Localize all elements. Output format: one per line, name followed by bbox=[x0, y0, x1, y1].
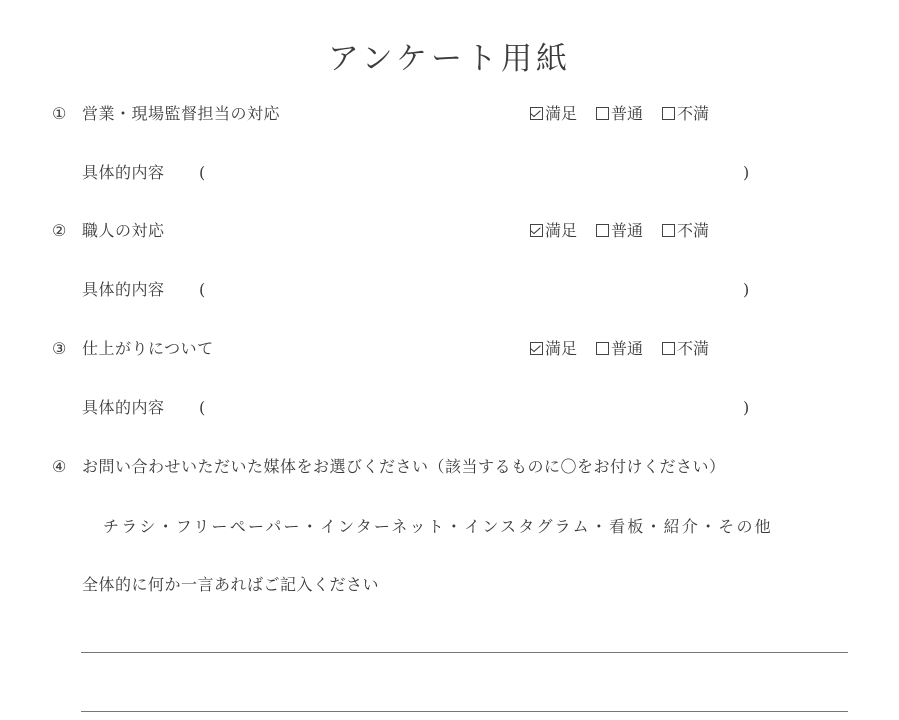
question-number: ② bbox=[52, 221, 82, 241]
page-title: アンケート用紙 bbox=[0, 33, 899, 78]
question-1: ①営業・現場監督担当の対応 bbox=[52, 104, 280, 124]
option-satisfied[interactable]: 満足 bbox=[530, 339, 577, 359]
option-dissatisfied[interactable]: 不満 bbox=[662, 104, 709, 124]
checkbox-icon[interactable] bbox=[596, 342, 609, 355]
open-paren: ( bbox=[199, 163, 205, 183]
close-paren: ) bbox=[743, 280, 749, 300]
option-dissatisfied[interactable]: 不満 bbox=[662, 221, 709, 241]
question-2-options: 満足普通不満 bbox=[530, 221, 709, 241]
close-paren: ) bbox=[743, 398, 749, 418]
checkbox-icon[interactable] bbox=[596, 107, 609, 120]
checkbox-checked-icon[interactable] bbox=[530, 224, 543, 237]
open-paren: ( bbox=[199, 398, 205, 418]
option-dissatisfied[interactable]: 不満 bbox=[662, 339, 709, 359]
detail-label: 具体的内容 bbox=[82, 398, 165, 418]
question-2: ②職人の対応 bbox=[52, 221, 165, 241]
detail-label: 具体的内容 bbox=[82, 280, 165, 300]
detail-input-2[interactable] bbox=[212, 277, 737, 301]
comment-line-2[interactable] bbox=[81, 711, 848, 712]
option-satisfied[interactable]: 満足 bbox=[530, 104, 577, 124]
question-4: ④お問い合わせいただいた媒体をお選びください（該当するものに〇をお付けください） bbox=[52, 457, 726, 477]
question-number: ④ bbox=[52, 457, 82, 477]
question-label: 職人の対応 bbox=[82, 221, 165, 241]
checkbox-checked-icon[interactable] bbox=[530, 342, 543, 355]
question-label: お問い合わせいただいた媒体をお選びください（該当するものに〇をお付けください） bbox=[82, 457, 726, 477]
question-number: ③ bbox=[52, 339, 82, 359]
checkbox-icon[interactable] bbox=[662, 224, 675, 237]
question-label: 仕上がりについて bbox=[82, 339, 214, 359]
close-paren: ) bbox=[743, 163, 749, 183]
question-1-options: 満足普通不満 bbox=[530, 104, 709, 124]
checkbox-icon[interactable] bbox=[596, 224, 609, 237]
option-average[interactable]: 普通 bbox=[596, 104, 643, 124]
checkbox-checked-icon[interactable] bbox=[530, 107, 543, 120]
option-satisfied[interactable]: 満足 bbox=[530, 221, 577, 241]
comment-line-1[interactable] bbox=[81, 652, 848, 653]
media-choices[interactable]: チラシ・フリーペーパー・インターネット・インスタグラム・看板・紹介・その他 bbox=[103, 517, 773, 537]
option-average[interactable]: 普通 bbox=[596, 339, 643, 359]
option-average[interactable]: 普通 bbox=[596, 221, 643, 241]
question-label: 営業・現場監督担当の対応 bbox=[82, 104, 280, 124]
detail-label: 具体的内容 bbox=[82, 163, 165, 183]
checkbox-icon[interactable] bbox=[662, 342, 675, 355]
question-number: ① bbox=[52, 104, 82, 124]
checkbox-icon[interactable] bbox=[662, 107, 675, 120]
comment-prompt: 全体的に何か一言あればご記入ください bbox=[82, 575, 379, 595]
question-3: ③仕上がりについて bbox=[52, 339, 214, 359]
open-paren: ( bbox=[199, 280, 205, 300]
detail-input-1[interactable] bbox=[212, 160, 737, 184]
question-3-options: 満足普通不満 bbox=[530, 339, 709, 359]
detail-input-3[interactable] bbox=[212, 395, 737, 419]
